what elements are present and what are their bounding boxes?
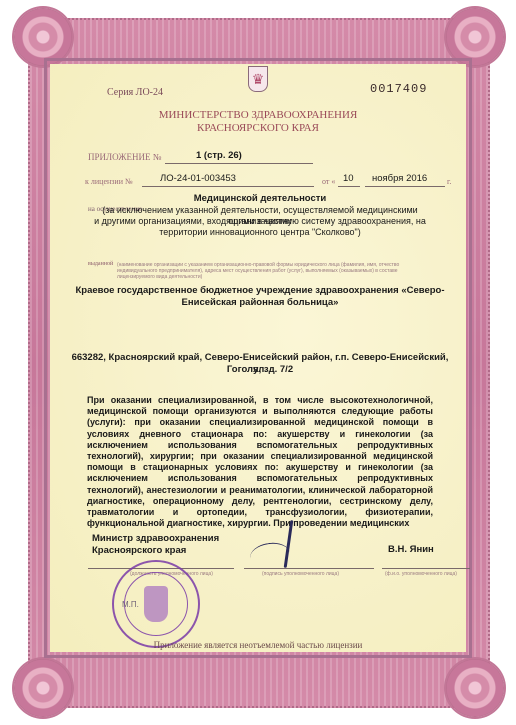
license-month-year: ноября 2016 (372, 173, 427, 184)
issued-label: выданной (88, 261, 113, 267)
license-label: к лицензии № (85, 177, 133, 186)
series-label: Серия ЛО-24 (107, 87, 163, 98)
issued-caption: (наименование организации с указанием ор… (117, 262, 432, 280)
organization-line-1: Краевое государственное бюджетное учрежд… (70, 285, 450, 297)
ministry-title: МИНИСТЕРСТВО ЗДРАВООХРАНЕНИЯ (0, 109, 516, 121)
signatory-position-line-2: Красноярского края (92, 545, 219, 557)
appendix-label: ПРИЛОЖЕНИЕ № (88, 152, 161, 162)
signatory-position-line-1: Министр здравоохранения (92, 533, 219, 545)
ministry-region: КРАСНОЯРСКОГО КРАЯ (0, 122, 516, 134)
stamp-mark: М.П. (122, 600, 139, 609)
signatory-name: В.Н. Янин (388, 544, 434, 555)
name-caption: (ф.и.о. уполномоченного лица) (385, 571, 457, 577)
appendix-value: 1 (стр. 26) (196, 150, 242, 161)
license-number: ЛО-24-01-003453 (160, 173, 236, 184)
activity-line-2: и другими организациями, входящими в час… (70, 216, 450, 227)
form-number: 0017409 (370, 82, 427, 96)
year-suffix: г. (447, 177, 451, 186)
from-label: от « (322, 177, 335, 186)
address-line-2: Гоголя, зд. 7/2 (70, 364, 450, 376)
signature-caption: (подпись уполномоченного лица) (262, 571, 339, 577)
rosette-icon (446, 659, 504, 717)
activity-title: Медицинской деятельности (80, 193, 440, 205)
rosette-icon (14, 659, 72, 717)
activity-line-3: территории инновационного центра "Сколко… (70, 227, 450, 238)
organization-line-2: Енисейская районная больница» (70, 297, 450, 309)
name-underline (382, 568, 470, 569)
signatory-position: Министр здравоохранения Красноярского кр… (92, 533, 219, 557)
services-text: При оказании специализированной, в том ч… (87, 395, 433, 529)
footer-note: Приложение является неотъемлемой частью … (0, 640, 516, 650)
appendix-underline (165, 163, 313, 164)
license-underline (142, 186, 314, 187)
license-day: 10 (343, 173, 354, 184)
official-stamp: М.П. (112, 560, 200, 648)
coat-of-arms-icon: ♛ (248, 66, 268, 92)
signature-underline (244, 568, 374, 569)
day-underline (338, 186, 360, 187)
month-underline (365, 186, 445, 187)
stamp-emblem-icon (144, 586, 168, 622)
